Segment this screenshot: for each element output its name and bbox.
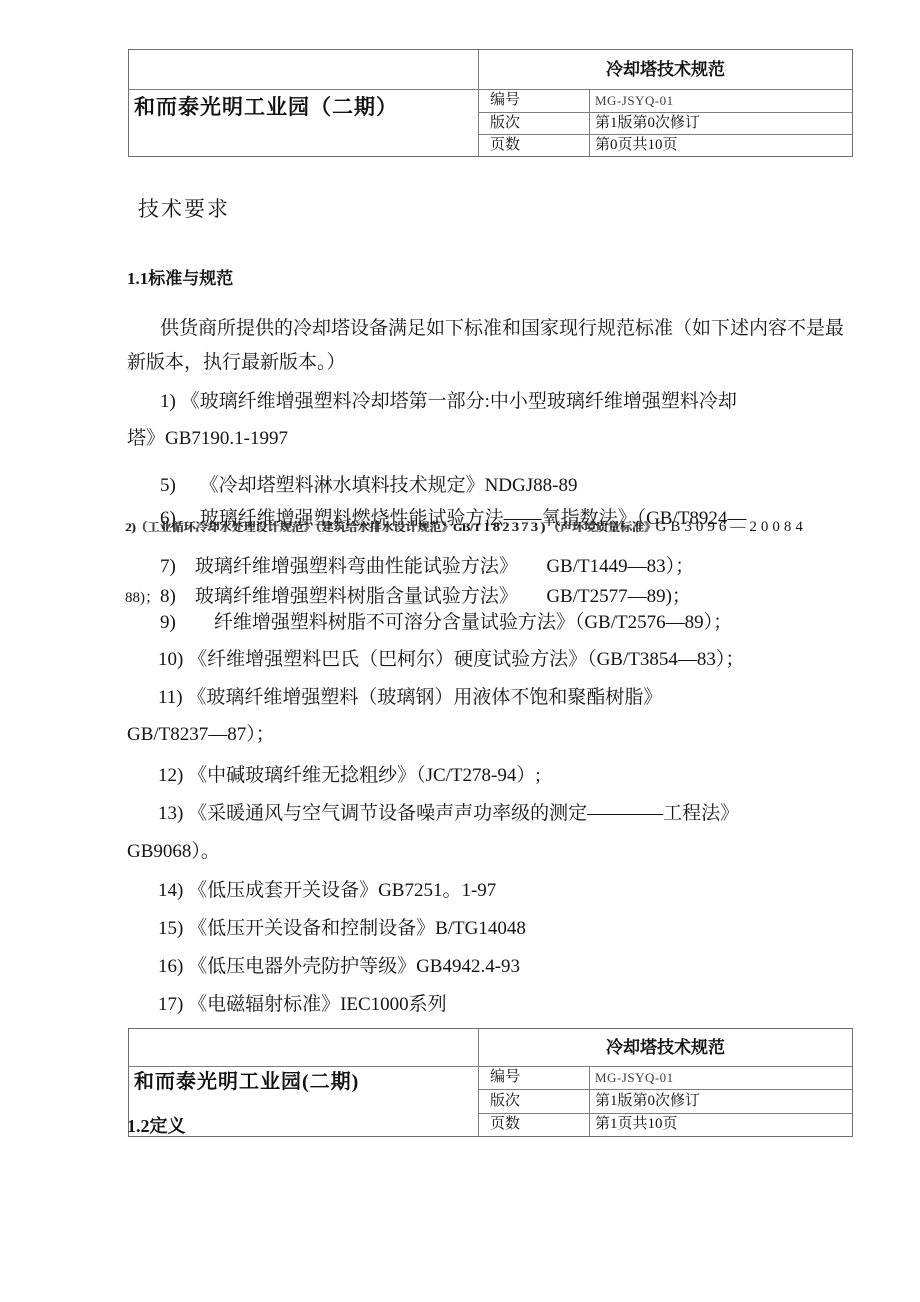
standard-item-12: 12) 《中碱玻璃纤维无捻粗纱》（JC/T278-94）; [158, 760, 541, 787]
table-vline [589, 1066, 590, 1136]
row-value-pages: 第0页共10页 [595, 134, 678, 156]
standard-item-15: 15) 《低压开关设备和控制设备》B/TG14048 [158, 913, 526, 940]
overlap-code: 182373) [483, 519, 547, 534]
overlap-code: GB3096—20084 [655, 519, 806, 535]
row-label-revision: 版次 [490, 112, 520, 134]
standard-item-16: 16) 《低压电器外壳防护等级》GB4942.4-93 [158, 951, 520, 978]
standard-item-14: 14) 《低压成套开关设备》GB7251。1-97 [158, 875, 496, 902]
doc-title: 冷却塔技术规范 [479, 50, 852, 89]
overlap-text: 2)（工业循环冷却水处理设计规范》（建筑给水排水设计规范》GB/T [125, 520, 483, 534]
row-value-number: MG-JSYQ-01 [595, 1066, 674, 1089]
paragraph-line: 供货商所提供的冷却塔设备满足如下标准和国家现行规范标准（如下述内容不是最 [160, 313, 844, 340]
header-spec-table: 冷却塔技术规范 和而泰光明工业园（二期） 编号 MG-JSYQ-01 版次 第1… [128, 49, 853, 157]
standard-item-8: 8) 玻璃纤维增强塑料树脂含量试验方法》 GB/T2577—89)； [160, 581, 691, 608]
standard-item-9: 9) 纤维增强塑料树脂不可溶分含量试验方法》（GB/T2576—89）； [160, 607, 732, 634]
row-label-number: 编号 [490, 89, 520, 112]
footer-spec-table: 冷却塔技术规范 和而泰光明工业园(二期) 编号 MG-JSYQ-01 版次 第1… [128, 1028, 853, 1137]
row-label-pages: 页数 [490, 1113, 520, 1136]
standard-item-1-cont: 塔》GB7190.1-1997 [127, 423, 288, 450]
standard-item-13: 13) 《采暖通风与空气调节设备噪声声功率级的测定————工程法》 [158, 798, 739, 825]
standard-item-7: 7) 玻璃纤维增强塑料弯曲性能试验方法》 GB/T1449—83）； [160, 551, 694, 578]
standard-item-5: 5) 《冷却塔塑料淋水填料技术规定》NDGJ88-89 [160, 470, 577, 497]
standard-item-13-cont: GB9068）。 [127, 836, 220, 863]
overlap-text: （声环境质量标准》 [547, 520, 655, 534]
row-value-number: MG-JSYQ-01 [595, 89, 674, 112]
standard-item-17: 17) 《电磁辐射标准》IEC1000系列 [158, 989, 447, 1016]
section-1-1-heading: 1.1标准与规范 [127, 264, 233, 289]
body-heading: 技术要求 [138, 193, 230, 223]
project-name: 和而泰光明工业园（二期） [134, 91, 398, 121]
row-value-pages: 第1页共10页 [595, 1113, 678, 1136]
row-label-revision: 版次 [490, 1089, 520, 1113]
standard-item-1: 1) 《玻璃纤维增强塑料冷却塔第一部分:中小型玻璃纤维增强塑料冷却 [160, 386, 737, 413]
row-label-pages: 页数 [490, 134, 520, 156]
row-value-revision: 第1版第0次修订 [595, 112, 700, 134]
paragraph-line: 新版本，执行最新版本。） [127, 347, 346, 374]
section-1-2-heading: 1.2定义 [127, 1112, 186, 1138]
standard-item-10: 10) 《纤维增强塑料巴氏（巴柯尔）硬度试验方法》（GB/T3854—83）； [158, 644, 744, 671]
overlapped-small-line: 2)（工业循环冷却水处理设计规范》（建筑给水排水设计规范》GB/T 182373… [125, 518, 807, 536]
row-label-number: 编号 [490, 1066, 520, 1089]
doc-title: 冷却塔技术规范 [479, 1029, 852, 1066]
project-name: 和而泰光明工业园(二期) [134, 1065, 359, 1094]
table-vline [589, 89, 590, 156]
standard-item-11: 11) 《玻璃纤维增强塑料（玻璃钢）用液体不饱和聚酯树脂》 [158, 682, 662, 709]
row-value-revision: 第1版第0次修订 [595, 1089, 700, 1113]
standard-item-11-cont: GB/T8237—87）； [127, 719, 275, 746]
standard-item-6-cont: 88)； [125, 586, 160, 607]
document-page: 冷却塔技术规范 和而泰光明工业园（二期） 编号 MG-JSYQ-01 版次 第1… [0, 0, 920, 1302]
